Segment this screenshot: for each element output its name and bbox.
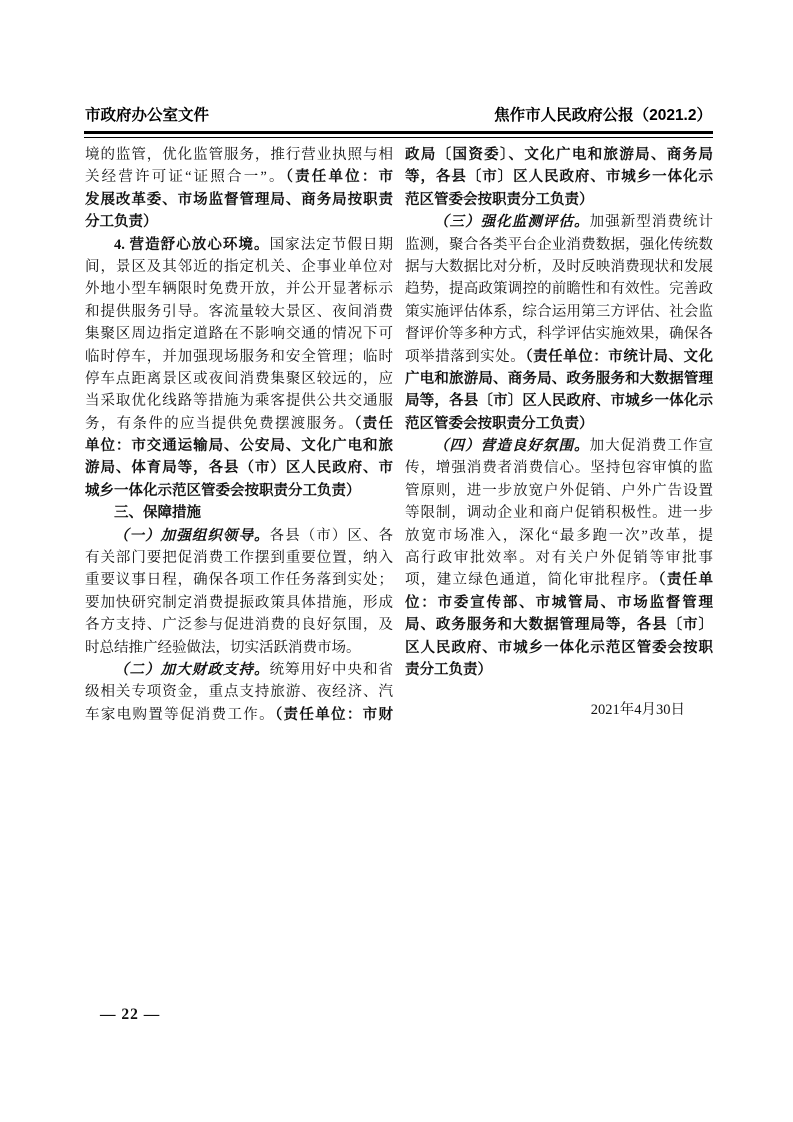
text-segment-body: 项，建立绿色通道，简化审批程序。: [405, 572, 658, 588]
text-line: 级相关专项资金，重点支持旅游、夜经济、汽: [85, 681, 393, 703]
text-line: 局、政务服务和大数据管理局等，各县〔市〕: [405, 614, 713, 636]
text-segment-body: 时总结推广经验做法，切实活跃消费市场。: [85, 640, 361, 656]
text-segment-body: 重要议事日程，确保各项工作任务落到实处；: [85, 572, 393, 588]
text-line: 重要议事日程，确保各项工作任务落到实处；: [85, 569, 393, 591]
text-segment-resp: 责分工负责）: [405, 662, 492, 678]
text-segment-resp: （责任单: [658, 572, 713, 588]
text-line: 集聚区周边指定道路在不影响交通的情况下可: [85, 323, 393, 345]
text-line: 据与大数据比对分析，及时反映消费现状和发展: [405, 256, 713, 278]
text-line: 位：市委宣传部、市城管局、市场监督管理: [405, 592, 713, 614]
text-segment-body: 高行政审批效率。对有关户外促销等审批事: [405, 550, 713, 566]
text-segment-lead: 4. 营造舒心放心环境。: [114, 237, 270, 253]
text-segment-body: 统筹用好中央和省: [270, 662, 393, 678]
text-segment-resp: 广电和旅游局、商务局、政务服务和大数据管理: [405, 371, 713, 387]
text-line: （三）强化监测评估。加强新型消费统计: [405, 211, 713, 233]
text-line: 责分工负责）: [405, 659, 713, 681]
text-line: 车家电购置等促消费工作。（责任单位：市财: [85, 704, 393, 726]
text-segment-body: 加大促消费工作宣: [590, 438, 713, 454]
text-segment-body: 有关部门要把促消费工作摆到重要位置，纳入: [85, 550, 393, 566]
text-line: （一）加强组织领导。各县（市）区、各: [85, 525, 393, 547]
text-line: 范区管委会按职责分工负责）: [405, 189, 713, 211]
text-segment-body: 临时停车，并加强现场服务和安全管理；临时: [85, 349, 393, 365]
text-line: 管原则，进一步放宽户外促销、户外广告设置: [405, 480, 713, 502]
text-segment-klead: （三）强化监测评估。: [434, 214, 590, 230]
text-line: （二）加大财政支持。统筹用好中央和省: [85, 659, 393, 681]
text-line: 监测，聚合各类平台企业消费数据，强化传统数: [405, 234, 713, 256]
header-rule-thin: [84, 137, 713, 138]
text-segment-resp: 政局〔国资委〕、文化广电和旅游局、商务局: [405, 147, 713, 163]
text-line: 广电和旅游局、商务局、政务服务和大数据管理: [405, 368, 713, 390]
text-segment-body: 和提供服务引导。客流量较大景区、夜间消费: [85, 304, 393, 320]
text-line: 项，建立绿色通道，简化审批程序。（责任单: [405, 569, 713, 591]
text-segment-date: 2021年4月30日: [591, 702, 685, 718]
text-line: 有关部门要把促消费工作摆到重要位置，纳入: [85, 547, 393, 569]
text-segment-body: 关经营许可证“证照合一”。: [85, 169, 286, 185]
text-segment-resp: （责任: [354, 416, 393, 432]
text-segment-resp: （责任单位：市统计局、文化: [525, 349, 713, 365]
text-line: 放宽市场准入，深化“最多跑一次”改革，提: [405, 525, 713, 547]
header-left-label: 市政府办公室文件: [85, 106, 209, 126]
text-segment-resp: （责任单位：市: [286, 169, 393, 185]
text-segment-body: 传，增强消费者消费信心。坚持包容审慎的监: [405, 460, 713, 476]
text-segment-resp: 分工负责）: [85, 214, 158, 230]
page-header: 市政府办公室文件 焦作市人民政府公报（2021.2）: [85, 106, 712, 126]
text-segment-body: 督评价等多种方式，科学评估实施效果，确保各: [405, 326, 713, 342]
text-line: 范区管委会按职责分工负责）: [405, 413, 713, 435]
text-column-right: 政局〔国资委〕、文化广电和旅游局、商务局等，各县〔市〕区人民政府、市城乡一体化示…: [405, 144, 713, 722]
text-segment-body: 加强新型消费统计: [590, 214, 713, 230]
text-line: 项举措落到实处。（责任单位：市统计局、文化: [405, 346, 713, 368]
text-segment-body: 据与大数据比对分析，及时反映消费现状和发展: [405, 259, 713, 275]
blank-line: [405, 681, 713, 699]
text-segment-body: 车家电购置等促消费工作。: [85, 707, 275, 723]
text-segment-klead: （四）营造良好氛围。: [434, 438, 590, 454]
text-line: 发展改革委、市场监督管理局、商务局按职责: [85, 189, 393, 211]
text-segment-resp: （责任单位：市财: [275, 707, 393, 723]
text-segment-resp: 局、政务服务和大数据管理局等，各县〔市〕: [405, 617, 713, 633]
text-line: 各方支持、广泛参与促进消费的良好氛围，及: [85, 614, 393, 636]
text-line: 当采取优化线路等措施为乘客提供公共交通服: [85, 390, 393, 412]
text-segment-resp: 范区管委会按职责分工负责）: [405, 416, 594, 432]
document-page: 市政府办公室文件 焦作市人民政府公报（2021.2） 境的监管，优化监管服务，推…: [0, 0, 793, 1122]
text-line: 4. 营造舒心放心环境。国家法定节假日期: [85, 234, 393, 256]
text-segment-resp: 单位：市交通运输局、公安局、文化广电和旅: [85, 438, 393, 454]
text-line: 关经营许可证“证照合一”。（责任单位：市: [85, 166, 393, 188]
text-segment-resp: 局等，各县〔市〕区人民政府、市城乡一体化示: [405, 393, 713, 409]
text-line: 和提供服务引导。客流量较大景区、夜间消费: [85, 301, 393, 323]
text-segment-resp: 等，各县〔市〕区人民政府、市城乡一体化示: [405, 169, 713, 185]
header-rule-thick: [84, 131, 713, 134]
text-column-left: 境的监管，优化监管服务，推行营业执照与相关经营许可证“证照合一”。（责任单位：市…: [85, 144, 393, 726]
text-line: 单位：市交通运输局、公安局、文化广电和旅: [85, 435, 393, 457]
text-line: 分工负责）: [85, 211, 393, 233]
header-right-label: 焦作市人民政府公报（2021.2）: [494, 106, 712, 126]
text-line: 游局、体育局等，各县（市）区人民政府、市: [85, 457, 393, 479]
text-segment-body: 各方支持、广泛参与促进消费的良好氛围，及: [85, 617, 393, 633]
text-line: 三、保障措施: [85, 502, 393, 524]
text-line: 局等，各县〔市〕区人民政府、市城乡一体化示: [405, 390, 713, 412]
text-segment-resp: 发展改革委、市场监督管理局、商务局按职责: [85, 192, 393, 208]
text-line: 时总结推广经验做法，切实活跃消费市场。: [85, 637, 393, 659]
text-segment-body: 放宽市场准入，深化“最多跑一次”改革，提: [405, 528, 713, 544]
text-line: 等，各县〔市〕区人民政府、市城乡一体化示: [405, 166, 713, 188]
text-segment-body: 当采取优化线路等措施为乘客提供公共交通服: [85, 393, 393, 409]
text-line: 停车点距离景区或夜间消费集聚区较远的，应: [85, 368, 393, 390]
text-segment-resp: 区人民政府、市城乡一体化示范区管委会按职: [405, 640, 713, 656]
text-line: 外地小型车辆限时免费开放，并公开显著标示: [85, 278, 393, 300]
text-segment-body: 间，景区及其邻近的指定机关、企事业单位对: [85, 259, 393, 275]
text-segment-body: 务，有条件的应当提供免费摆渡服务。: [85, 416, 354, 432]
document-date: 2021年4月30日: [405, 699, 713, 721]
text-line: 等限制，调动企业和商户促销积极性。进一步: [405, 502, 713, 524]
text-segment-body: 境的监管，优化监管服务，推行营业执照与相: [85, 147, 393, 163]
text-segment-body: 国家法定节假日期: [270, 237, 393, 253]
text-segment-lead: 三、保障措施: [114, 505, 201, 521]
text-line: 境的监管，优化监管服务，推行营业执照与相: [85, 144, 393, 166]
text-segment-klead: （二）加大财政支持。: [114, 662, 270, 678]
text-segment-body: 级相关专项资金，重点支持旅游、夜经济、汽: [85, 684, 393, 700]
text-line: 策实施评估体系，综合运用第三方评估、社会监: [405, 301, 713, 323]
text-line: 临时停车，并加强现场服务和安全管理；临时: [85, 346, 393, 368]
text-segment-body: 停车点距离景区或夜间消费集聚区较远的，应: [85, 371, 393, 387]
text-segment-resp: 城乡一体化示范区管委会按职责分工负责）: [85, 483, 361, 499]
text-segment-body: 管原则，进一步放宽户外促销、户外广告设置: [405, 483, 713, 499]
text-segment-body: 监测，聚合各类平台企业消费数据，强化传统数: [405, 237, 713, 253]
text-line: 政局〔国资委〕、文化广电和旅游局、商务局: [405, 144, 713, 166]
text-line: 务，有条件的应当提供免费摆渡服务。（责任: [85, 413, 393, 435]
text-line: 间，景区及其邻近的指定机关、企事业单位对: [85, 256, 393, 278]
text-segment-resp: 位：市委宣传部、市城管局、市场监督管理: [405, 595, 713, 611]
text-line: 高行政审批效率。对有关户外促销等审批事: [405, 547, 713, 569]
text-line: 城乡一体化示范区管委会按职责分工负责）: [85, 480, 393, 502]
text-line: （四）营造良好氛围。加大促消费工作宣: [405, 435, 713, 457]
text-segment-body: 等限制，调动企业和商户促销积极性。进一步: [405, 505, 713, 521]
text-segment-body: 趋势，提高政策调控的前瞻性和有效性。完善政: [405, 281, 713, 297]
text-segment-klead: （一）加强组织领导。: [114, 528, 270, 544]
text-line: 督评价等多种方式，科学评估实施效果，确保各: [405, 323, 713, 345]
text-segment-body: 外地小型车辆限时免费开放，并公开显著标示: [85, 281, 393, 297]
text-line: 传，增强消费者消费信心。坚持包容审慎的监: [405, 457, 713, 479]
text-segment-body: 策实施评估体系，综合运用第三方评估、社会监: [405, 304, 713, 320]
text-segment-body: 项举措落到实处。: [405, 349, 525, 365]
text-line: 趋势，提高政策调控的前瞻性和有效性。完善政: [405, 278, 713, 300]
text-segment-resp: 范区管委会按职责分工负责）: [405, 192, 594, 208]
text-line: 要加快研究制定消费提振政策具体措施，形成: [85, 592, 393, 614]
text-segment-body: 各县（市）区、各: [270, 528, 393, 544]
text-segment-resp: 游局、体育局等，各县（市）区人民政府、市: [85, 460, 393, 476]
page-number: — 22 —: [100, 1006, 160, 1024]
text-line: 区人民政府、市城乡一体化示范区管委会按职: [405, 637, 713, 659]
text-segment-body: 集聚区周边指定道路在不影响交通的情况下可: [85, 326, 393, 342]
text-segment-body: 要加快研究制定消费提振政策具体措施，形成: [85, 595, 393, 611]
